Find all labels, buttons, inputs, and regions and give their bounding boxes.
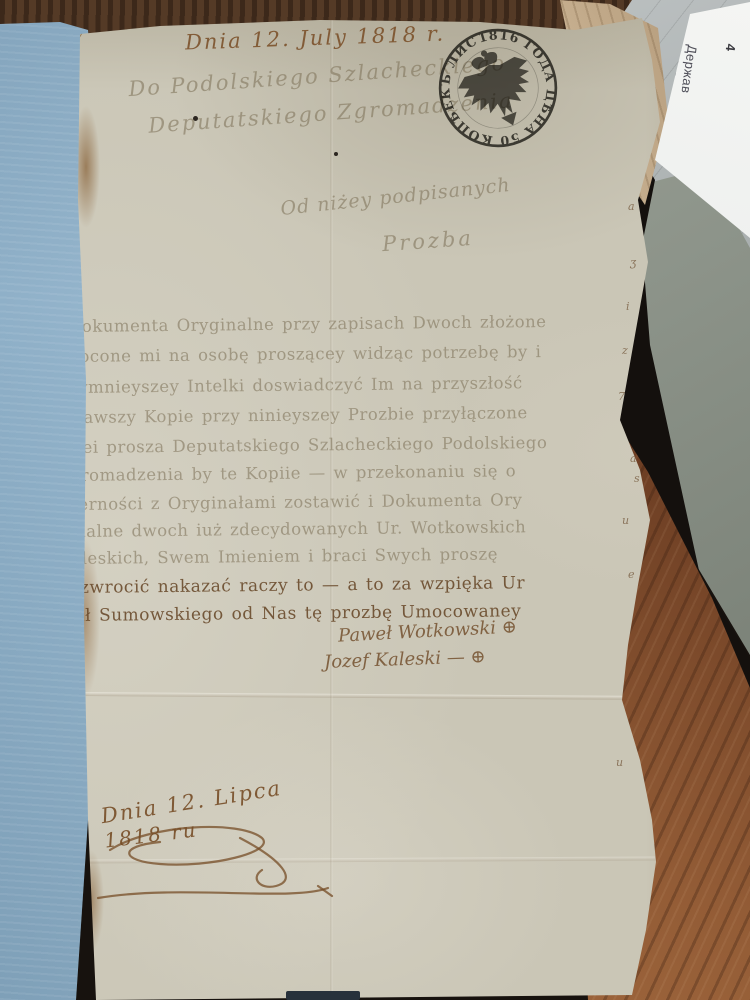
ink-bleed-mark: a xyxy=(628,200,635,213)
ink-bleed-mark: e xyxy=(628,568,635,581)
signature-flourish xyxy=(90,818,350,923)
ink-speck xyxy=(334,152,338,156)
bottom-edge-object xyxy=(286,991,360,1000)
manuscript-page: 7 Dnia 12. July 1818 r. Do Podolskiego S… xyxy=(0,0,750,1000)
ink-bleed-mark: u xyxy=(622,514,629,527)
ink-bleed-mark: i xyxy=(626,300,630,313)
photo-of-archival-document: 7 Dnia 12. July 1818 r. Do Podolskiego S… xyxy=(0,0,750,1000)
ink-bleed-mark: u xyxy=(616,756,623,769)
ink-bleed-mark: z xyxy=(622,344,628,357)
ink-bleed-mark: ʒ xyxy=(630,256,636,269)
ink-bleed-mark: s xyxy=(634,472,640,485)
